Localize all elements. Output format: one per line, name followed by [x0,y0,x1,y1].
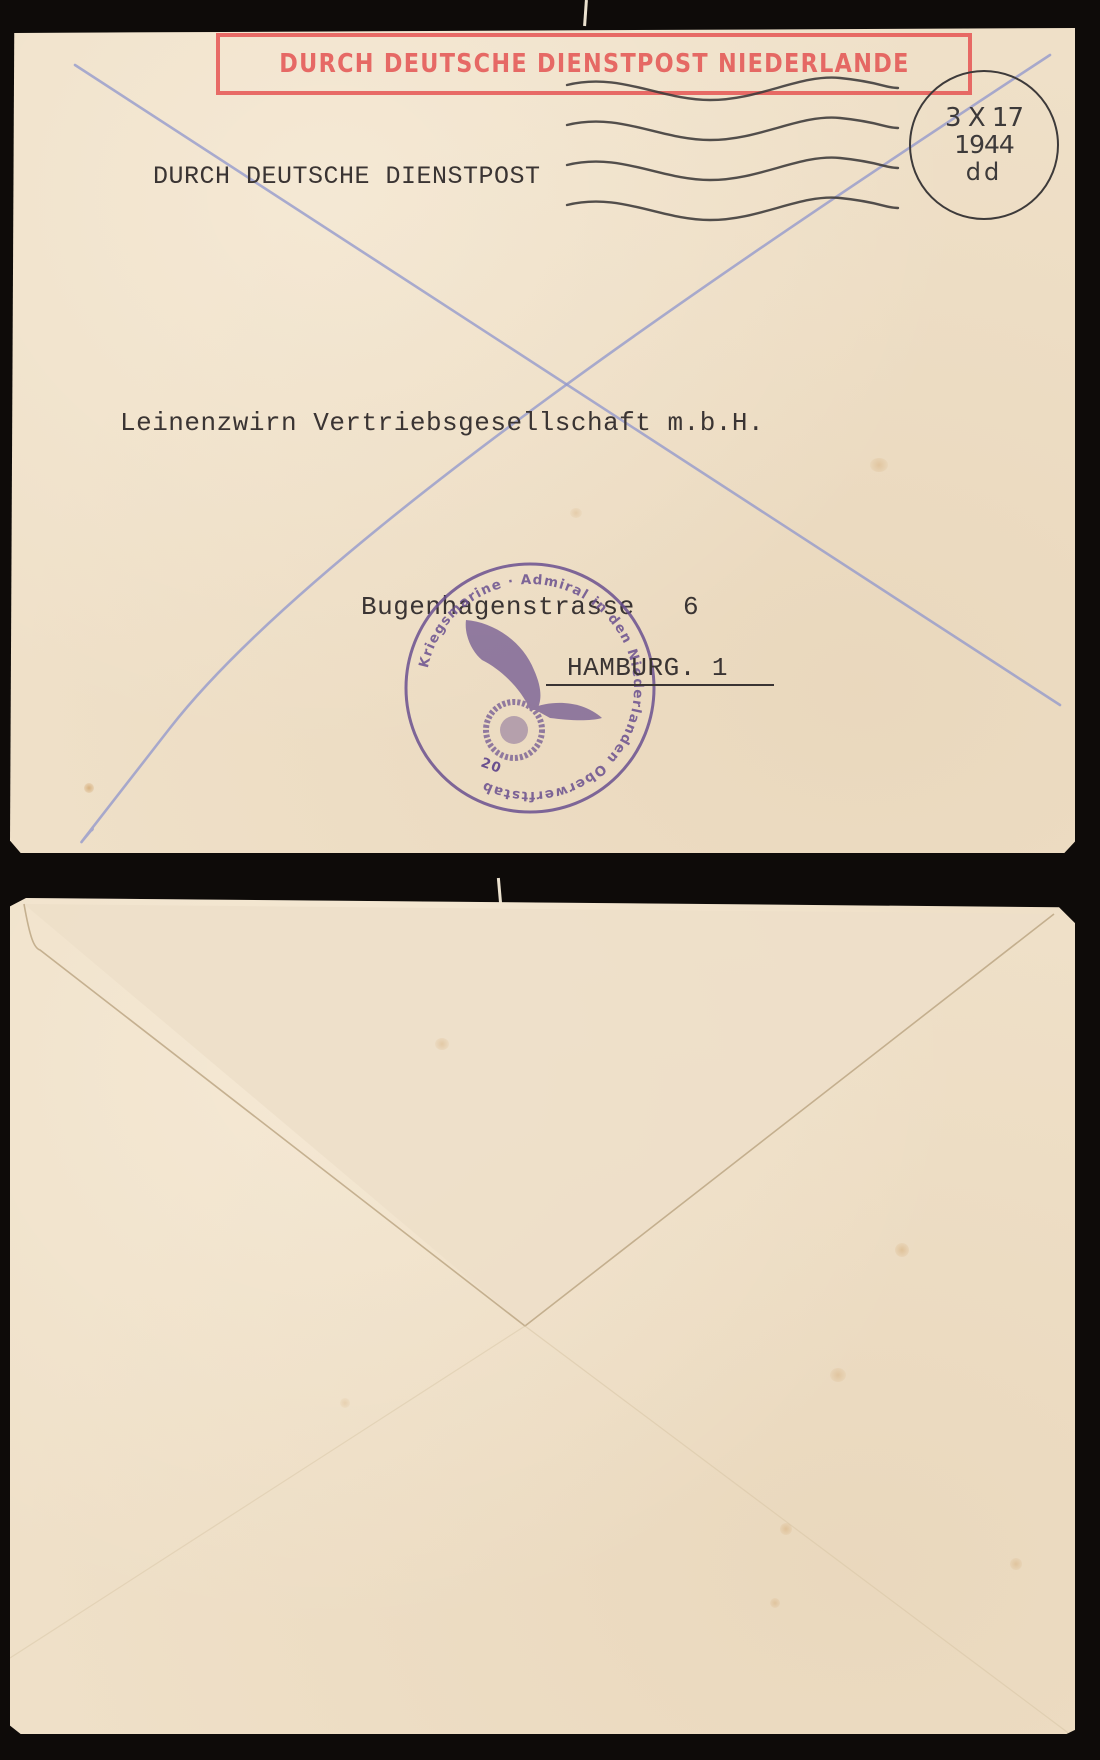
postmark-circle: 3 X 17 1944 dd [909,70,1059,220]
official-seal: Kriegsmarine · Admiral in den Niederland… [402,560,658,816]
thread-fiber-top [583,0,588,26]
eagle-emblem-icon [466,620,602,758]
postmark-code: dd [966,160,1002,185]
foxing-spot [1010,1558,1022,1570]
envelope-back [10,898,1075,1734]
foxing-spot [570,508,582,518]
typed-service-line: DURCH DEUTSCHE DIENSTPOST [153,162,541,191]
foxing-spot [870,458,888,472]
address-company: Leinenzwirn Vertriebsgesellschaft m.b.H. [120,408,764,438]
foxing-spot [340,1398,350,1408]
address-city-underline [546,684,774,686]
foxing-spot [830,1368,846,1382]
thread-fiber-middle [497,878,502,904]
envelope-flap [10,898,1075,1734]
foxing-spot [435,1038,449,1050]
seal-inner-number: 20 [479,755,504,777]
address-city: HAMBURG. 1 [567,653,728,683]
foxing-spot [895,1243,909,1257]
postmark-year: 1944 [954,132,1014,158]
foxing-spot [770,1598,780,1608]
postmark-date: 3 X 17 [945,105,1023,132]
envelope-front: DURCH DEUTSCHE DIENSTPOST NIEDERLANDE 3 … [10,28,1075,853]
foxing-spot [780,1523,792,1535]
foxing-spot [84,783,94,793]
